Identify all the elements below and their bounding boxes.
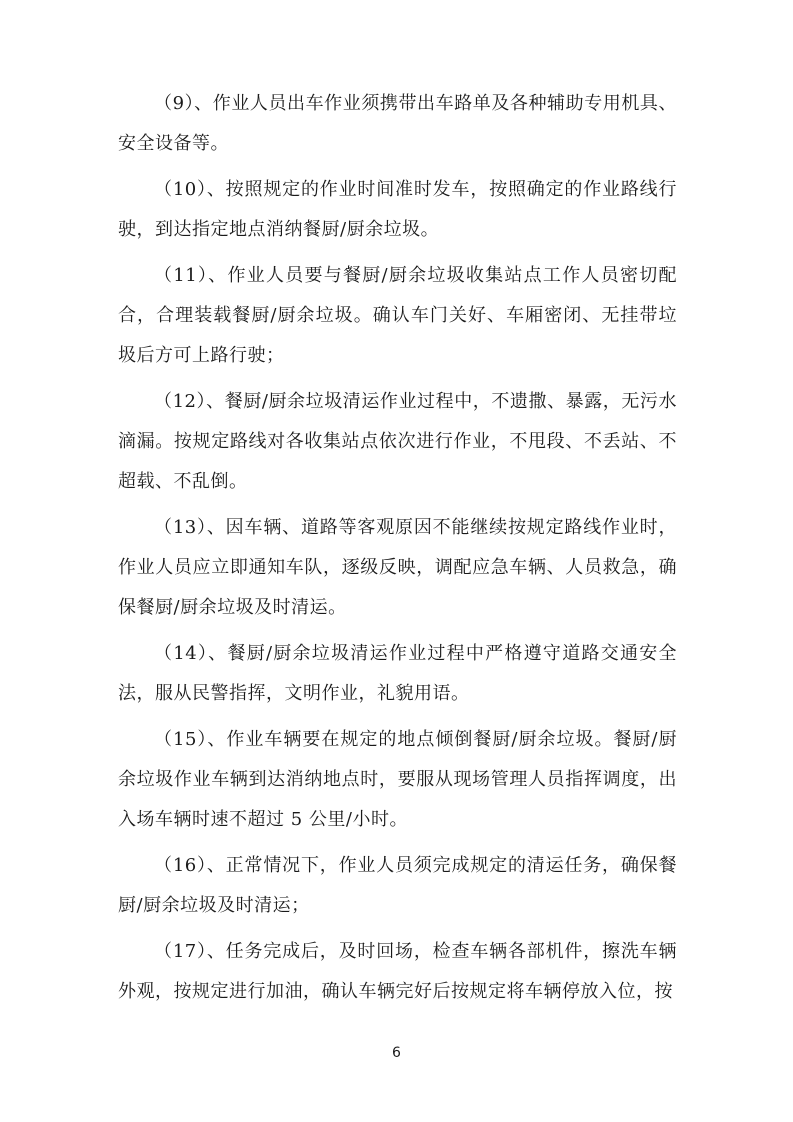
paragraph-16: （16）、正常情况下，作业人员须完成规定的清运任务，确保餐厨/厨余垃圾及时清运； — [118, 846, 677, 926]
document-body: （9）、作业人员出车作业须携带出车路单及各种辅助专用机具、安全设备等。 （10）… — [118, 84, 677, 1018]
page-footer: 6 — [0, 1042, 793, 1062]
page-number: 6 — [392, 1045, 401, 1061]
paragraph-10: （10）、按照规定的作业时间准时发车，按照确定的作业路线行驶，到达指定地点消纳餐… — [118, 170, 677, 250]
paragraph-17: （17）、任务完成后，及时回场，检查车辆各部机件，擦洗车辆外观，按规定进行加油，… — [118, 932, 677, 1012]
paragraph-11: （11）、作业人员要与餐厨/厨余垃圾收集站点工作人员密切配合，合理装载餐厨/厨余… — [118, 256, 677, 376]
paragraph-14: （14）、餐厨/厨余垃圾清运作业过程中严格遵守道路交通安全法，服从民警指挥，文明… — [118, 634, 677, 714]
document-page: （9）、作业人员出车作业须携带出车路单及各种辅助专用机具、安全设备等。 （10）… — [0, 0, 793, 1122]
paragraph-13: （13）、因车辆、道路等客观原因不能继续按规定路线作业时，作业人员应立即通知车队… — [118, 508, 677, 628]
paragraph-12: （12）、餐厨/厨余垃圾清运作业过程中，不遗撒、暴露，无污水滴漏。按规定路线对各… — [118, 382, 677, 502]
paragraph-15: （15）、作业车辆要在规定的地点倾倒餐厨/厨余垃圾。餐厨/厨余垃圾作业车辆到达消… — [118, 720, 677, 840]
paragraph-9: （9）、作业人员出车作业须携带出车路单及各种辅助专用机具、安全设备等。 — [118, 84, 677, 164]
